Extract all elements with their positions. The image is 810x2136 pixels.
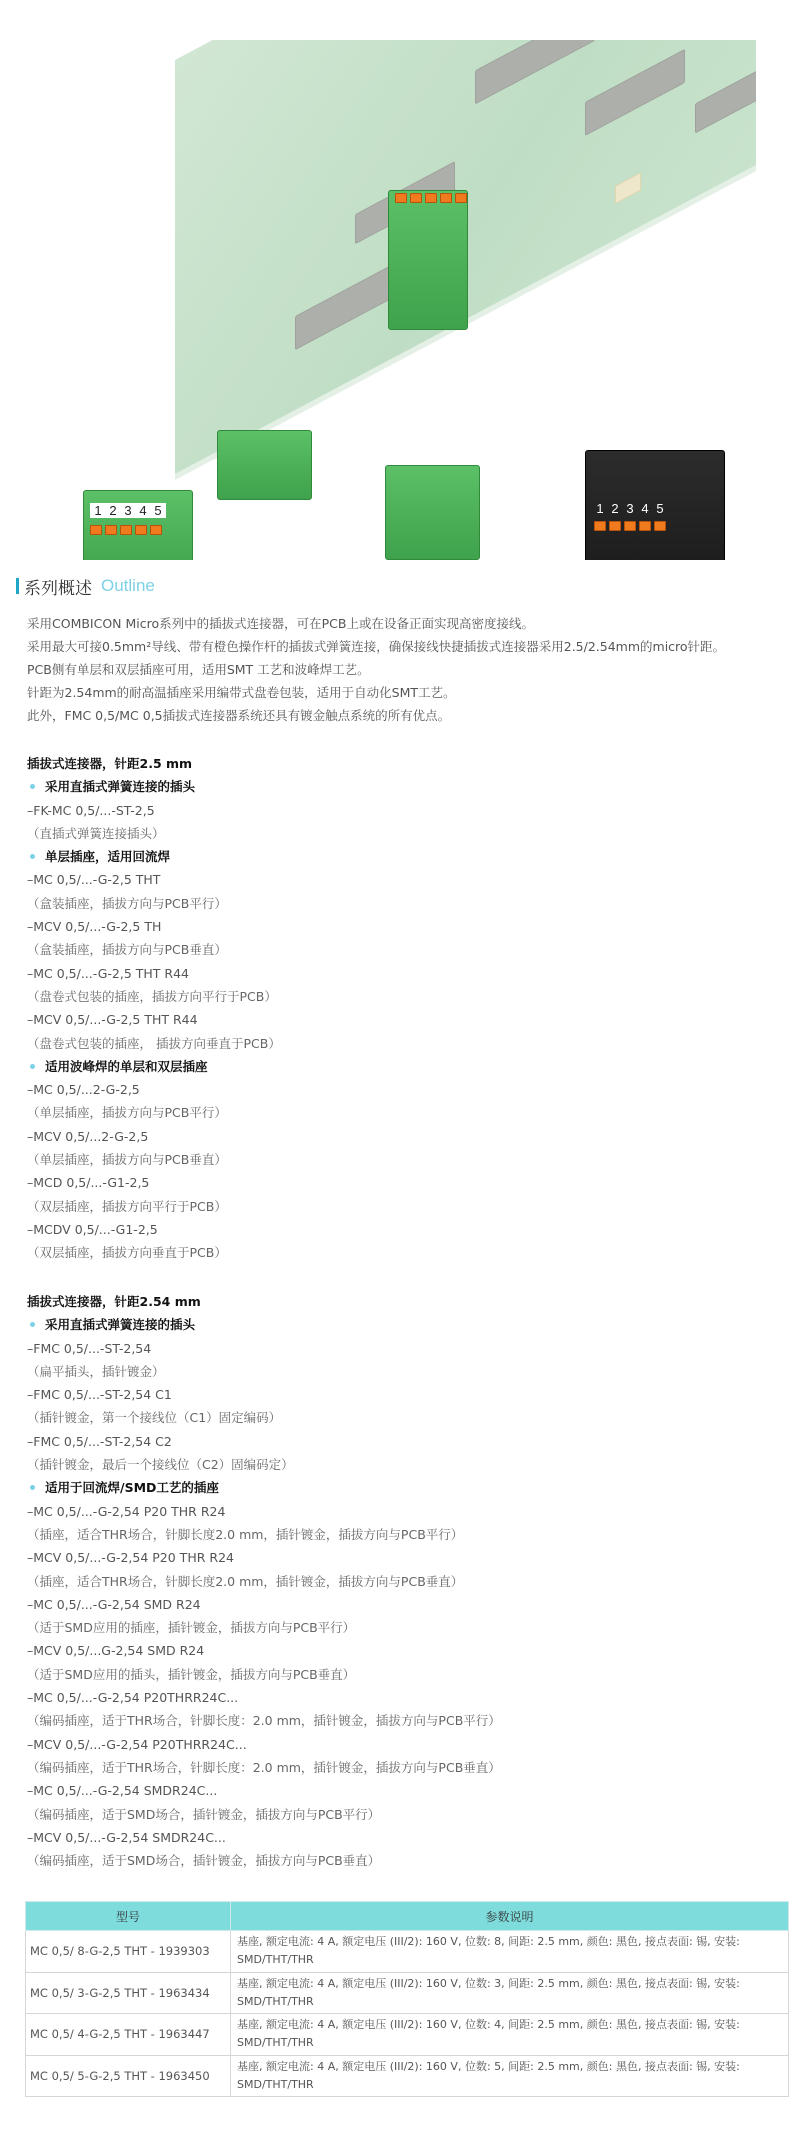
subheading: 采用直插式弹簧连接的插头 <box>27 1313 797 1336</box>
subheading: 适用波峰焊的单层和双层插座 <box>27 1055 797 1078</box>
line-text: （适于SMD应用的插头，插针镀金，插拔方向与PCB垂直） <box>27 1667 355 1682</box>
table-header-row: 型号 参数说明 <box>26 1902 789 1931</box>
model-name: –MCV 0,5/...2-G-2,5 <box>27 1125 797 1148</box>
heading-title-en: Outline <box>101 576 155 596</box>
model-description: （盒装插座，插拔方向与PCB平行） <box>27 892 797 915</box>
model-name: –MCV 0,5/...-G-2,54 P20THRR24C... <box>27 1733 797 1756</box>
line-text: （插座，适合THR场合，针脚长度2.0 mm，插针镀金，插拔方向与PCB垂直） <box>27 1574 463 1589</box>
model-name: –FK-MC 0,5/...-ST-2,5 <box>27 799 797 822</box>
model-description: （插针镀金，第一个接线位（C1）固定编码） <box>27 1406 797 1429</box>
line-text: –MC 0,5/...-G-2,54 P20THRR24C... <box>27 1690 238 1705</box>
line-text: –MCV 0,5/...-G-2,5 THT R44 <box>27 1012 198 1027</box>
model-name: –MC 0,5/...-G-2,5 THT R44 <box>27 962 797 985</box>
model-description: （扁平插头，插针镀金） <box>27 1360 797 1383</box>
model-description: （单层插座，插拔方向与PCB垂直） <box>27 1148 797 1171</box>
line-text: –MCD 0,5/...-G1-2,5 <box>27 1175 149 1190</box>
model-description: （插针镀金，最后一个接线位（C2）固编码定） <box>27 1453 797 1476</box>
line-text: –MC 0,5/...-G-2,5 THT <box>27 872 160 887</box>
pitch-2-54-group: 插拔式连接器，针距2.54 mm 采用直插式弹簧连接的插头–FMC 0,5/..… <box>27 1290 797 1872</box>
line-text: （编码插座，适于SMD场合，插针镀金，插拔方向与PCB垂直） <box>27 1853 380 1868</box>
intro-line: 采用COMBICON Micro系列中的插拔式连接器，可在PCB上或在设备正面实… <box>27 612 797 635</box>
line-text: （扁平插头，插针镀金） <box>27 1364 165 1379</box>
model-description: （直插式弹簧连接插头） <box>27 822 797 845</box>
model-name: –MCD 0,5/...-G1-2,5 <box>27 1171 797 1194</box>
model-description: （适于SMD应用的插头，插针镀金，插拔方向与PCB垂直） <box>27 1663 797 1686</box>
line-text: –MC 0,5/...-G-2,54 SMD R24 <box>27 1597 201 1612</box>
green-vertical-connector <box>388 190 468 330</box>
model-name: –MCV 0,5/...-G-2,5 THT R44 <box>27 1008 797 1031</box>
bullet-icon <box>30 1322 35 1327</box>
line-text: –FMC 0,5/...-ST-2,54 C2 <box>27 1434 172 1449</box>
line-text: 单层插座，适用回流焊 <box>45 849 170 864</box>
model-name: –MCV 0,5/...-G-2,54 P20 THR R24 <box>27 1546 797 1569</box>
model-name: –MCDV 0,5/...-G1-2,5 <box>27 1218 797 1241</box>
model-cell: MC 0,5/ 5-G-2,5 THT - 1963450 <box>26 2055 231 2097</box>
model-name: –MCV 0,5/...-G-2,5 TH <box>27 915 797 938</box>
model-description: （编码插座，适于THR场合，针脚长度：2.0 mm，插针镀金，插拔方向与PCB垂… <box>27 1756 797 1779</box>
line-text: （插座，适合THR场合，针脚长度2.0 mm，插针镀金，插拔方向与PCB平行） <box>27 1527 463 1542</box>
table-row: MC 0,5/ 3-G-2,5 THT - 1963434基座, 额定电流: 4… <box>26 1972 789 2014</box>
line-text: –MCV 0,5/...-G-2,54 P20THRR24C... <box>27 1737 247 1752</box>
line-text: （编码插座，适于SMD场合，插针镀金，插拔方向与PCB平行） <box>27 1807 380 1822</box>
green-header-horizontal <box>217 430 312 500</box>
model-name: –MC 0,5/...-G-2,54 SMD R24 <box>27 1593 797 1616</box>
line-text: –MCV 0,5/...G-2,54 SMD R24 <box>27 1643 204 1658</box>
model-description: （编码插座，适于SMD场合，插针镀金，插拔方向与PCB平行） <box>27 1803 797 1826</box>
model-name: –MC 0,5/...-G-2,54 P20 THR R24 <box>27 1500 797 1523</box>
group-heading: 插拔式连接器，针距2.5 mm <box>27 752 797 775</box>
line-text: –MCV 0,5/...-G-2,5 TH <box>27 919 161 934</box>
line-text: –FMC 0,5/...-ST-2,54 C1 <box>27 1387 172 1402</box>
group-heading: 插拔式连接器，针距2.54 mm <box>27 1290 797 1313</box>
table-row: MC 0,5/ 8-G-2,5 THT - 1939303基座, 额定电流: 4… <box>26 1931 789 1973</box>
green-plug-with-labels: 12345 <box>83 490 193 560</box>
column-header-params: 参数说明 <box>231 1902 789 1931</box>
line-text: –MC 0,5/...-G-2,54 P20 THR R24 <box>27 1504 225 1519</box>
line-text: –MCV 0,5/...-G-2,54 SMDR24C... <box>27 1830 226 1845</box>
bullet-icon <box>30 1064 35 1069</box>
line-text: （编码插座，适于THR场合，针脚长度：2.0 mm，插针镀金，插拔方向与PCB垂… <box>27 1760 501 1775</box>
model-description: （盒装插座，插拔方向与PCB垂直） <box>27 938 797 961</box>
model-cell: MC 0,5/ 8-G-2,5 THT - 1939303 <box>26 1931 231 1973</box>
line-text: 适用波峰焊的单层和双层插座 <box>45 1059 208 1074</box>
line-text: –MCV 0,5/...2-G-2,5 <box>27 1129 148 1144</box>
line-text: （插针镀金，第一个接线位（C1）固定编码） <box>27 1410 281 1425</box>
model-name: –FMC 0,5/...-ST-2,54 C2 <box>27 1430 797 1453</box>
green-header-vertical <box>385 465 480 560</box>
intro-line: PCB侧有单层和双层插座可用，适用SMT 工艺和波峰焊工艺。 <box>27 658 797 681</box>
model-name: –MC 0,5/...2-G-2,5 <box>27 1078 797 1101</box>
subheading: 采用直插式弹簧连接的插头 <box>27 775 797 798</box>
params-cell: 基座, 额定电流: 4 A, 额定电压 (III/2): 160 V, 位数: … <box>231 2014 789 2056</box>
line-text: （盒装插座，插拔方向与PCB垂直） <box>27 942 227 957</box>
intro-line: 采用最大可接0.5mm²导线、带有橙色操作杆的插拔式弹簧连接，确保接线快捷插拔式… <box>27 635 797 658</box>
line-text: –MC 0,5/...2-G-2,5 <box>27 1082 140 1097</box>
model-name: –FMC 0,5/...-ST-2,54 C1 <box>27 1383 797 1406</box>
model-name: –MCV 0,5/...-G-2,54 SMDR24C... <box>27 1826 797 1849</box>
line-text: –MCDV 0,5/...-G1-2,5 <box>27 1222 158 1237</box>
model-description: （插座，适合THR场合，针脚长度2.0 mm，插针镀金，插拔方向与PCB垂直） <box>27 1570 797 1593</box>
line-text: 适用于回流焊/SMD工艺的插座 <box>45 1480 219 1495</box>
subheading: 适用于回流焊/SMD工艺的插座 <box>27 1476 797 1499</box>
line-text: （单层插座，插拔方向与PCB垂直） <box>27 1152 227 1167</box>
line-text: （编码插座，适于THR场合，针脚长度：2.0 mm，插针镀金，插拔方向与PCB平… <box>27 1713 501 1728</box>
line-text: （单层插座，插拔方向与PCB平行） <box>27 1105 227 1120</box>
line-text: 采用直插式弹簧连接的插头 <box>45 779 195 794</box>
model-description: （盘卷式包装的插座，插拔方向平行于PCB） <box>27 985 797 1008</box>
line-text: （直插式弹簧连接插头） <box>27 826 165 841</box>
params-cell: 基座, 额定电流: 4 A, 额定电压 (III/2): 160 V, 位数: … <box>231 2055 789 2097</box>
model-description: （编码插座，适于THR场合，针脚长度：2.0 mm，插针镀金，插拔方向与PCB平… <box>27 1709 797 1732</box>
line-text: –FMC 0,5/...-ST-2,54 <box>27 1341 151 1356</box>
model-name: –MC 0,5/...-G-2,54 P20THRR24C... <box>27 1686 797 1709</box>
model-description: （单层插座，插拔方向与PCB平行） <box>27 1101 797 1124</box>
model-cell: MC 0,5/ 3-G-2,5 THT - 1963434 <box>26 1972 231 2014</box>
table-row: MC 0,5/ 5-G-2,5 THT - 1963450基座, 额定电流: 4… <box>26 2055 789 2097</box>
product-hero-image: 12345 12345 678910 <box>25 40 756 560</box>
model-name: –MCV 0,5/...G-2,54 SMD R24 <box>27 1639 797 1662</box>
params-cell: 基座, 额定电流: 4 A, 额定电压 (III/2): 160 V, 位数: … <box>231 1931 789 1973</box>
intro-line: 此外，FMC 0,5/MC 0,5插拔式连接器系统还具有镀金触点系统的所有优点。 <box>27 704 797 727</box>
line-text: –MC 0,5/...-G-2,54 SMDR24C... <box>27 1783 217 1798</box>
product-spec-table: 型号 参数说明 MC 0,5/ 8-G-2,5 THT - 1939303基座,… <box>25 1901 789 2097</box>
line-text: –MCV 0,5/...-G-2,54 P20 THR R24 <box>27 1550 234 1565</box>
params-cell: 基座, 额定电流: 4 A, 额定电压 (III/2): 160 V, 位数: … <box>231 1972 789 2014</box>
model-description: （盘卷式包装的插座， 插拔方向垂直于PCB） <box>27 1032 797 1055</box>
model-description: （插座，适合THR场合，针脚长度2.0 mm，插针镀金，插拔方向与PCB平行） <box>27 1523 797 1546</box>
bullet-icon <box>30 854 35 859</box>
line-text: –FK-MC 0,5/...-ST-2,5 <box>27 803 155 818</box>
model-name: –FMC 0,5/...-ST-2,54 <box>27 1337 797 1360</box>
heading-accent-bar <box>16 578 19 594</box>
line-text: （盘卷式包装的插座， 插拔方向垂直于PCB） <box>27 1036 281 1051</box>
heading-title-cn: 系列概述 <box>24 574 92 599</box>
column-header-model: 型号 <box>26 1902 231 1931</box>
black-double-level-connector: 12345 <box>585 450 725 560</box>
line-text: （适于SMD应用的插座，插针镀金，插拔方向与PCB平行） <box>27 1620 355 1635</box>
pitch-2-5-group: 插拔式连接器，针距2.5 mm 采用直插式弹簧连接的插头–FK-MC 0,5/.… <box>27 752 797 1265</box>
terminal-labels: 12345 <box>90 503 166 518</box>
model-description: （适于SMD应用的插座，插针镀金，插拔方向与PCB平行） <box>27 1616 797 1639</box>
intro-paragraph: 采用COMBICON Micro系列中的插拔式连接器，可在PCB上或在设备正面实… <box>27 612 797 727</box>
line-text: –MC 0,5/...-G-2,5 THT R44 <box>27 966 189 981</box>
line-text: （插针镀金，最后一个接线位（C2）固编码定） <box>27 1457 294 1472</box>
model-description: （编码插座，适于SMD场合，插针镀金，插拔方向与PCB垂直） <box>27 1849 797 1872</box>
model-name: –MC 0,5/...-G-2,5 THT <box>27 868 797 891</box>
table-row: MC 0,5/ 4-G-2,5 THT - 1963447基座, 额定电流: 4… <box>26 2014 789 2056</box>
line-text: （双层插座，插拔方向平行于PCB） <box>27 1199 227 1214</box>
line-text: （盘卷式包装的插座，插拔方向平行于PCB） <box>27 989 277 1004</box>
subheading: 单层插座，适用回流焊 <box>27 845 797 868</box>
model-description: （双层插座，插拔方向平行于PCB） <box>27 1195 797 1218</box>
model-name: –MC 0,5/...-G-2,54 SMDR24C... <box>27 1779 797 1802</box>
line-text: 采用直插式弹簧连接的插头 <box>45 1317 195 1332</box>
model-cell: MC 0,5/ 4-G-2,5 THT - 1963447 <box>26 2014 231 2056</box>
line-text: （双层插座，插拔方向垂直于PCB） <box>27 1245 227 1260</box>
intro-line: 针距为2.54mm的耐高温插座采用编带式盘卷包装，适用于自动化SMT工艺。 <box>27 681 797 704</box>
line-text: （盒装插座，插拔方向与PCB平行） <box>27 896 227 911</box>
section-heading: 系列概述 Outline <box>16 574 155 598</box>
model-description: （双层插座，插拔方向垂直于PCB） <box>27 1241 797 1264</box>
bullet-icon <box>30 1485 35 1490</box>
bullet-icon <box>30 784 35 789</box>
